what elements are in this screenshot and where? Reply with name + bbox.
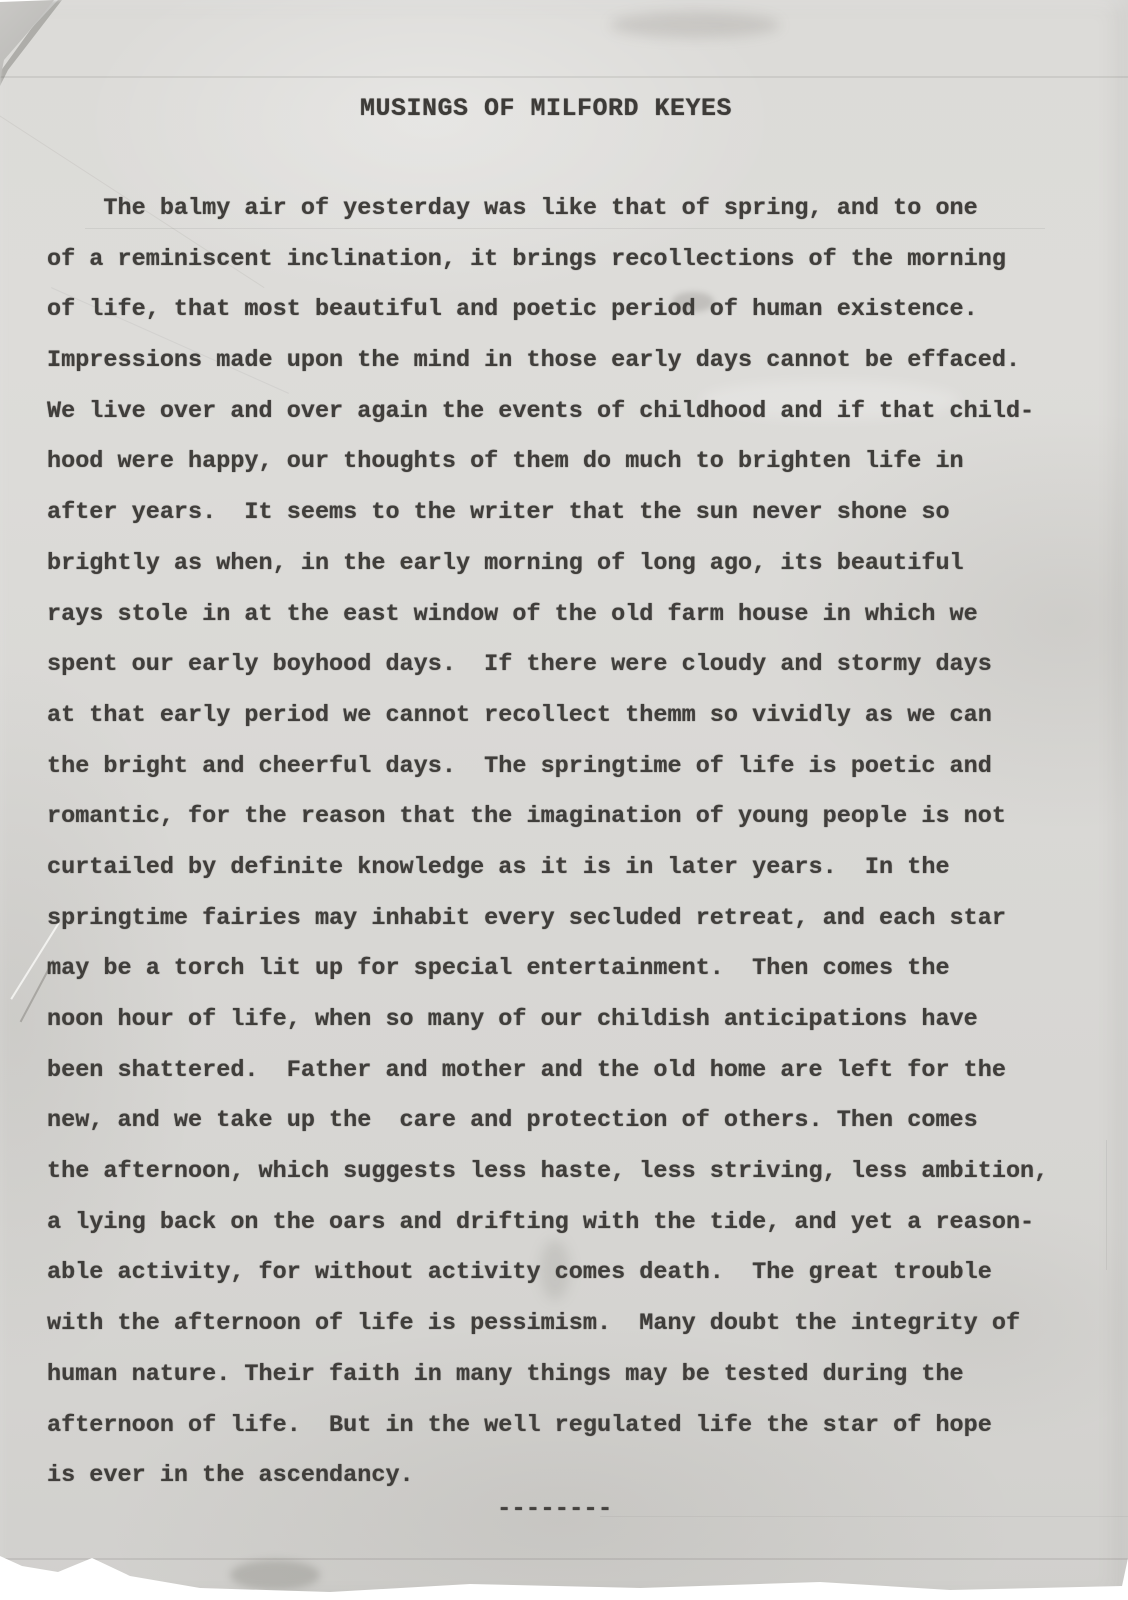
text-line: of a reminiscent inclination, it brings … <box>47 235 1087 286</box>
text-line: the afternoon, which suggests less haste… <box>47 1147 1087 1198</box>
horizontal-crease-bottom <box>0 1558 1128 1560</box>
text-line: new, and we take up the care and protect… <box>47 1096 1087 1147</box>
text-line: human nature. Their faith in many things… <box>47 1350 1087 1401</box>
text-line: spent our early boyhood days. If there w… <box>47 640 1087 691</box>
text-line: of life, that most beautiful and poetic … <box>47 285 1087 336</box>
horizontal-crease-lower-right <box>600 1516 1128 1517</box>
text-line: a lying back on the oars and drifting wi… <box>47 1198 1087 1249</box>
text-line: Impressions made upon the mind in those … <box>47 336 1087 387</box>
text-line: noon hour of life, when so many of our c… <box>47 995 1087 1046</box>
document-title: MUSINGS OF MILFORD KEYES <box>0 94 1110 123</box>
text-line: is ever in the ascendancy. <box>47 1451 1087 1502</box>
text-line: romantic, for the reason that the imagin… <box>47 792 1087 843</box>
text-line: able activity, for without activity come… <box>47 1248 1087 1299</box>
paper-stain <box>230 1560 320 1590</box>
text-line: after years. It seems to the writer that… <box>47 488 1087 539</box>
text-line: curtailed by definite knowledge as it is… <box>47 843 1087 894</box>
vertical-crease-right <box>1106 1140 1107 1270</box>
text-line: hood were happy, our thoughts of them do… <box>47 437 1087 488</box>
paper-sheet: MUSINGS OF MILFORD KEYES The balmy air o… <box>0 0 1128 1600</box>
horizontal-crease-top <box>0 76 1128 78</box>
text-line: springtime fairies may inhabit every sec… <box>47 894 1087 945</box>
text-line: with the afternoon of life is pessimism.… <box>47 1299 1087 1350</box>
text-line: the bright and cheerful days. The spring… <box>47 742 1087 793</box>
text-line: We live over and over again the events o… <box>47 387 1087 438</box>
text-line: been shattered. Father and mother and th… <box>47 1046 1087 1097</box>
text-line: brightly as when, in the early morning o… <box>47 539 1087 590</box>
text-line: The balmy air of yesterday was like that… <box>47 184 1087 235</box>
text-line: may be a torch lit up for special entert… <box>47 944 1087 995</box>
text-line: at that early period we cannot recollect… <box>47 691 1087 742</box>
text-line: rays stole in at the east window of the … <box>47 590 1087 641</box>
document-body: The balmy air of yesterday was like that… <box>47 184 1087 1502</box>
end-dash-mark: -------- <box>497 1496 612 1523</box>
scan-background: MUSINGS OF MILFORD KEYES The balmy air o… <box>0 0 1128 1600</box>
text-line: afternoon of life. But in the well regul… <box>47 1401 1087 1452</box>
paper-stain <box>610 12 780 38</box>
